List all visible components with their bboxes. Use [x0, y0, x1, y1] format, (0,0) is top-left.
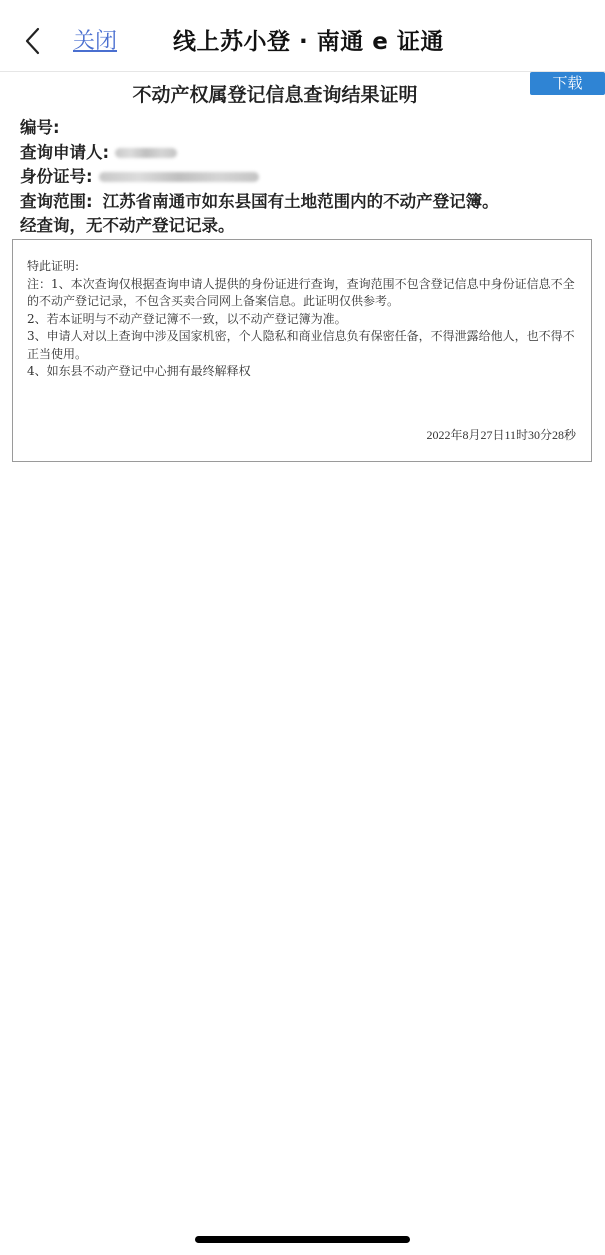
field-id-number: 身份证号: — [20, 165, 499, 190]
field-number: 编号: — [20, 116, 499, 141]
scope-value: 江苏省南通市如东县国有土地范围内的不动产登记簿。 — [103, 190, 499, 215]
query-result: 经查询，无不动产登记记录。 — [20, 214, 499, 239]
page-title: 线上苏小登 · 南通 e 证通 — [173, 26, 444, 58]
document-title: 不动产权属登记信息查询结果证明 — [0, 82, 550, 108]
applicant-redacted — [115, 148, 177, 158]
applicant-label: 查询申请人: — [20, 141, 109, 166]
notice-item: 2、若本证明与不动产登记簿不一致，以不动产登记簿为准。 — [27, 311, 577, 329]
notice-item: 3、申请人对以上查询中涉及国家机密，个人隐私和商业信息负有保密任备，不得泄露给他… — [27, 328, 577, 363]
number-label: 编号: — [20, 116, 60, 141]
timestamp: 2022年8月27日11时30分28秒 — [426, 427, 576, 445]
navigation-bar: 关闭 线上苏小登 · 南通 e 证通 — [0, 0, 605, 72]
id-label: 身份证号: — [20, 165, 93, 190]
field-applicant: 查询申请人: — [20, 141, 499, 166]
notice-heading: 特此证明: — [27, 258, 577, 276]
field-scope: 查询范围: 江苏省南通市如东县国有土地范围内的不动产登记簿。 — [20, 190, 499, 215]
id-redacted — [99, 172, 259, 182]
result-text: 经查询，无不动产登记记录。 — [20, 214, 235, 239]
chevron-left-icon[interactable] — [22, 26, 44, 56]
close-link[interactable]: 关闭 — [73, 28, 117, 56]
notice-item: 注：1、本次查询仅根据查询申请人提供的身份证进行查询，查询范围不包含登记信息中身… — [27, 276, 577, 311]
notice-item: 4、如东县不动产登记中心拥有最终解释权 — [27, 363, 577, 381]
notice-box: 特此证明: 注：1、本次查询仅根据查询申请人提供的身份证进行查询，查询范围不包含… — [12, 239, 592, 462]
document-fields: 编号: 查询申请人: 身份证号: 查询范围: 江苏省南通市如东县国有土地范围内的… — [20, 116, 499, 239]
home-indicator[interactable] — [195, 1236, 410, 1243]
scope-label: 查询范围: — [20, 190, 93, 215]
